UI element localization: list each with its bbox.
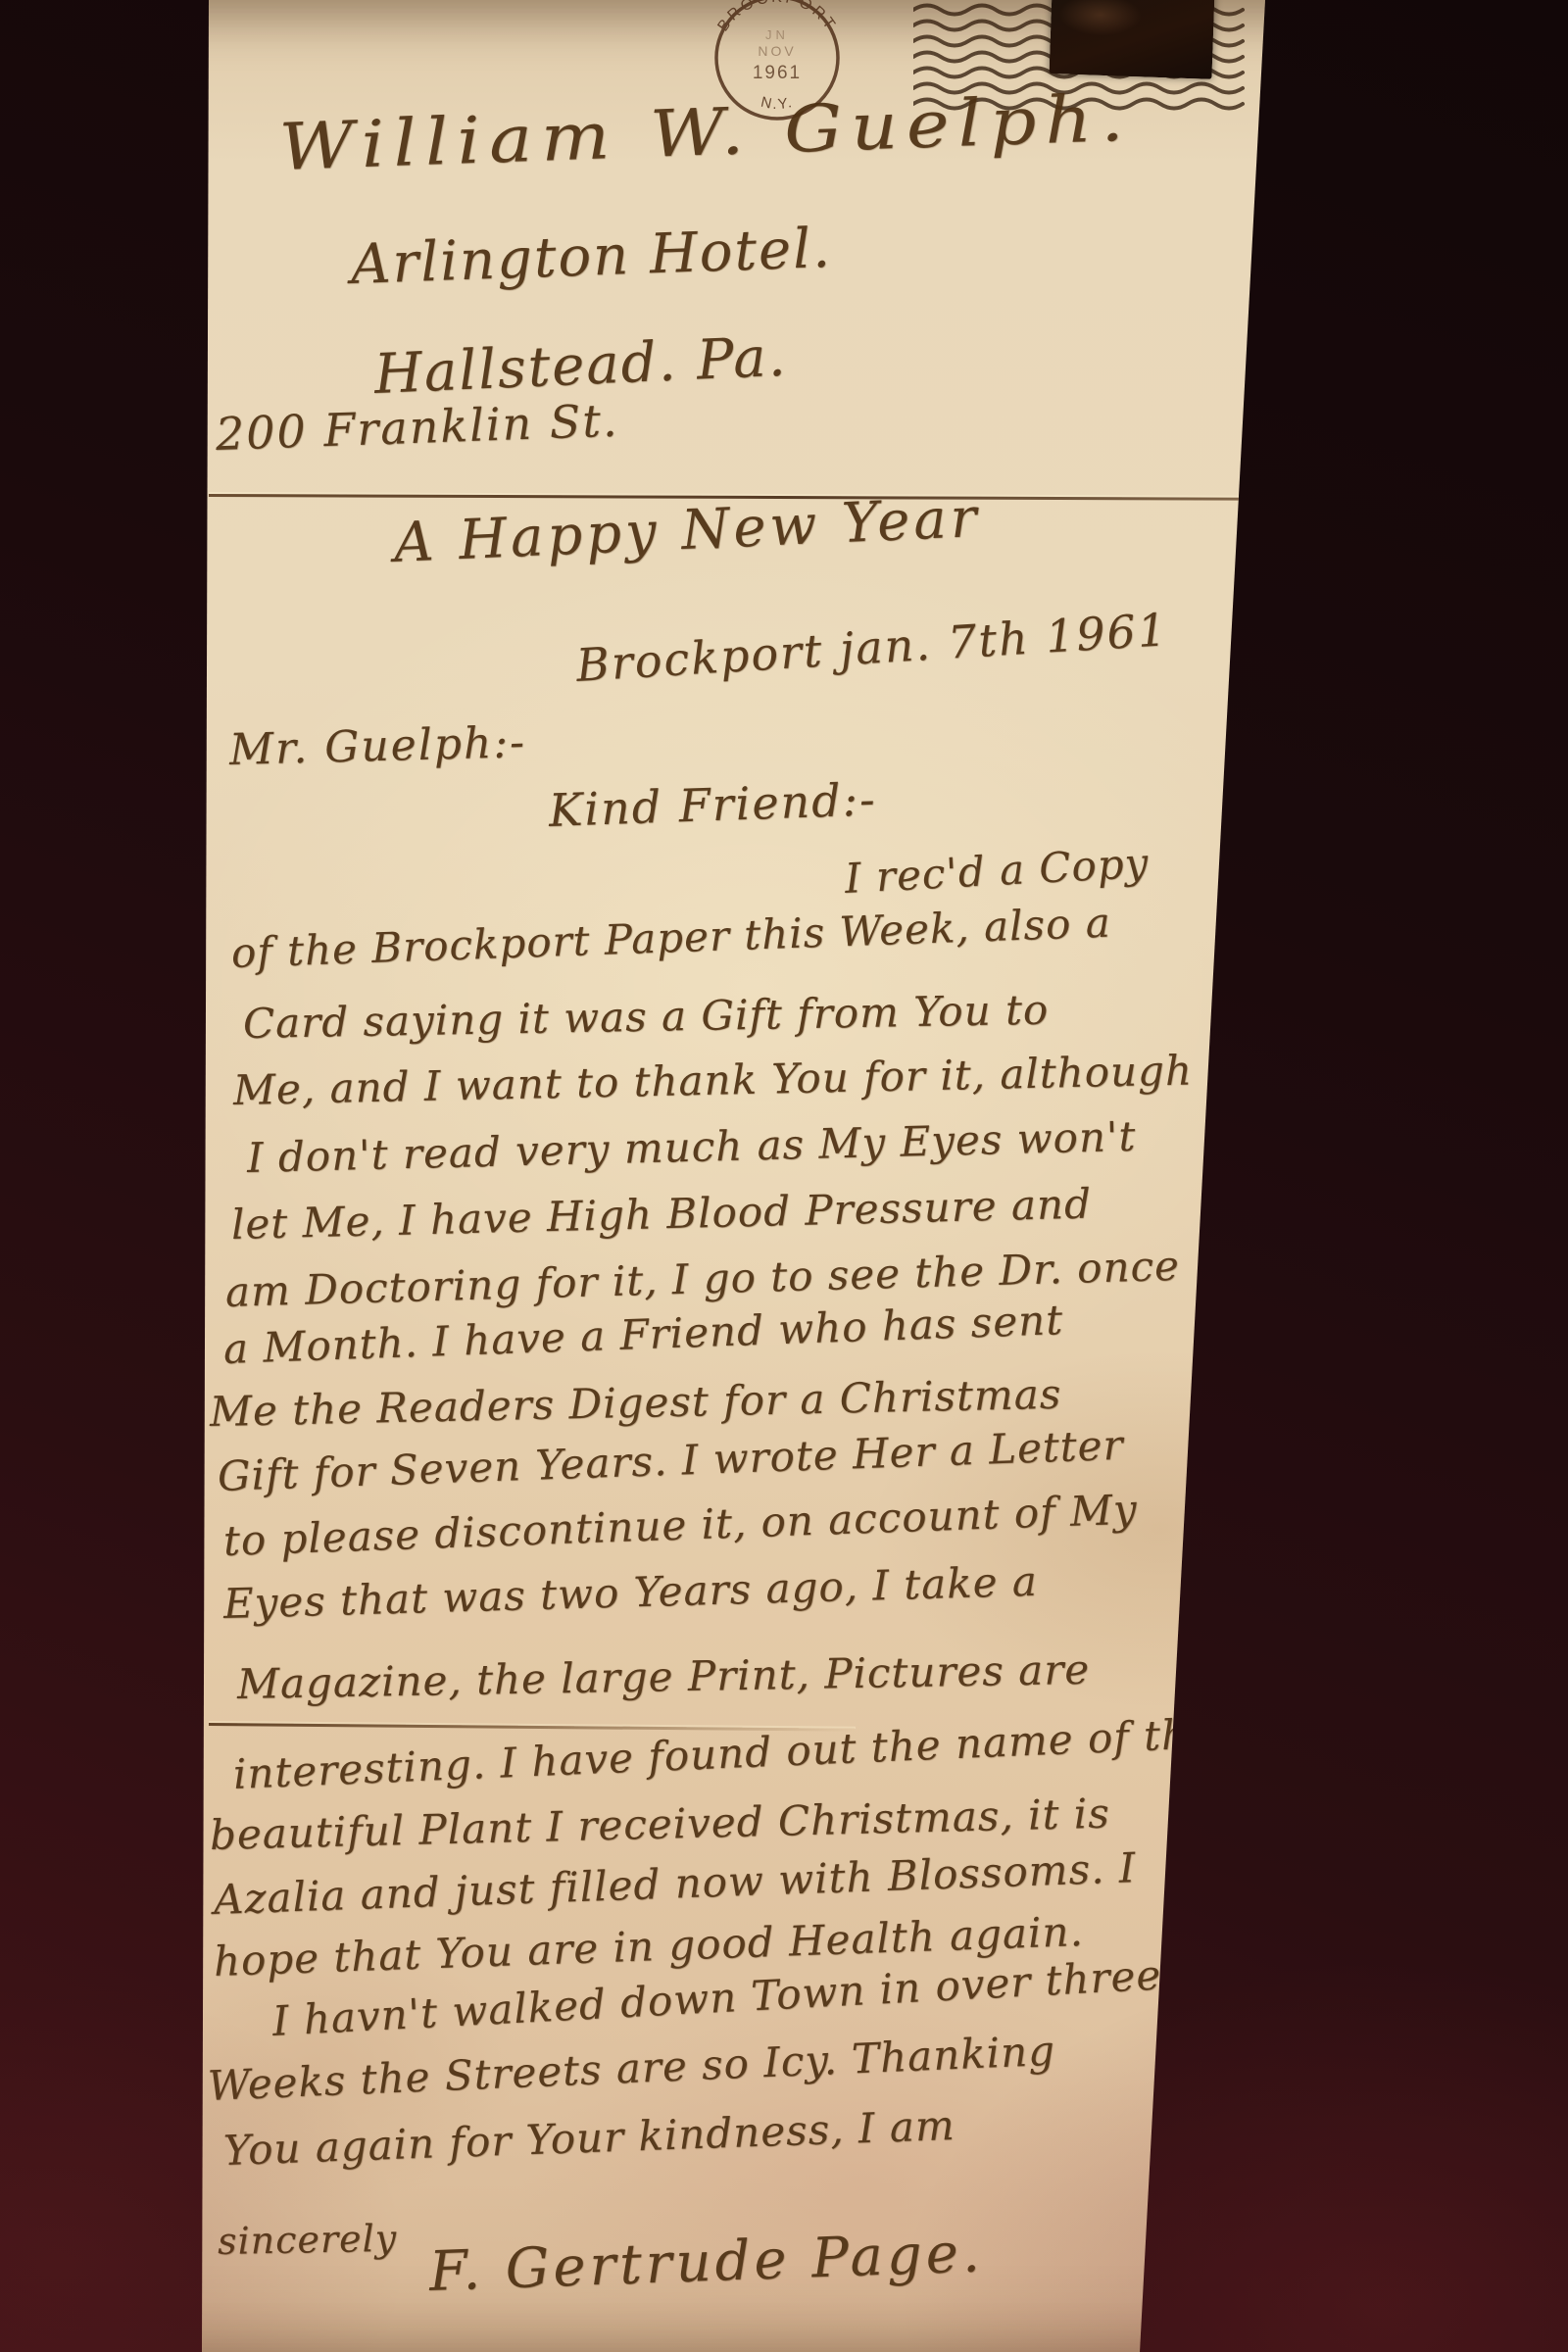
postmark-faint-line2: NOV bbox=[758, 43, 796, 59]
envelope-address-line3: 200 Franklin St. bbox=[215, 394, 619, 461]
postage-stamp bbox=[1050, 0, 1215, 79]
letter-signature: F. Gertrude Page. bbox=[428, 2221, 985, 2304]
letter-line: of the Brockport Paper this Week, also a bbox=[230, 899, 1111, 977]
letter-opening-line: I rec'd a Copy bbox=[844, 839, 1151, 903]
letter-line: Eyes that was two Years ago, I take a bbox=[222, 1557, 1038, 1628]
letter-line: let Me, I have High Blood Pressure and bbox=[230, 1180, 1092, 1249]
letter-line: to please discontinue it, on account of … bbox=[222, 1485, 1138, 1565]
postmark-year: 1961 bbox=[753, 63, 802, 83]
letter-line: I don't read very much as My Eyes won't bbox=[246, 1112, 1137, 1182]
letter-line: You again for Your kindness, I am bbox=[222, 2101, 955, 2175]
letter-salutation2: Kind Friend:- bbox=[548, 772, 877, 837]
letter-line: Me, and I want to thank You for it, alth… bbox=[232, 1046, 1193, 1113]
envelope-recipient: William W. Guelph. bbox=[278, 80, 1134, 185]
envelope-address-line1: Arlington Hotel. bbox=[350, 217, 833, 297]
letter-line: Magazine, the large Print, Pictures are bbox=[237, 1645, 1091, 1708]
photo-of-letter: { "photo": { "background_color": "#1b0a0… bbox=[0, 0, 1568, 2352]
letter-paper: BROCKPORT JN NOV 1961 N.Y. William W. Gu… bbox=[0, 0, 1568, 2352]
letter-dateline: Brockport jan. 7th 1961 bbox=[574, 603, 1169, 692]
letter-line: Me the Readers Digest for a Christmas bbox=[209, 1370, 1061, 1436]
letter-line: interesting. I have found out the name o… bbox=[232, 1709, 1215, 1798]
postmark-faint-line1: JN bbox=[765, 27, 789, 42]
letter-line: Card saying it was a Gift from You to bbox=[243, 986, 1050, 1048]
letter-closing: sincerely bbox=[218, 2217, 398, 2263]
letter-salutation: Mr. Guelph:- bbox=[228, 717, 526, 775]
letter-heading: A Happy New Year bbox=[393, 486, 982, 575]
